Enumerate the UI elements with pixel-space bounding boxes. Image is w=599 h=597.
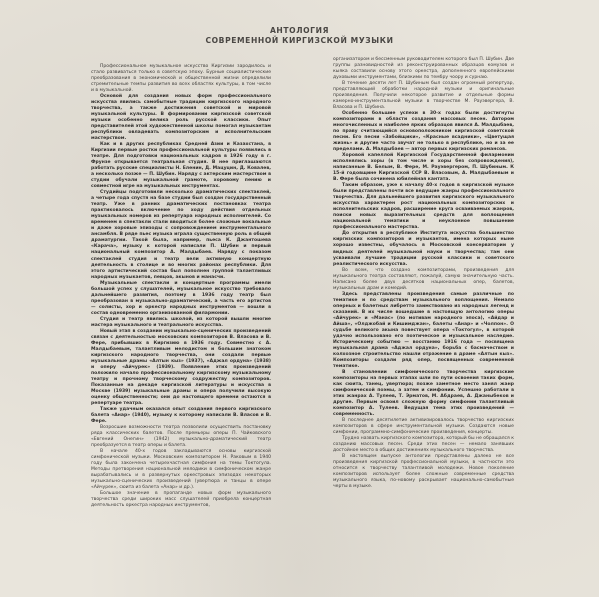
paragraph: Студия и театр явились школой, из которо… bbox=[91, 317, 271, 329]
right-text-column: организатором и бессменным руководителем… bbox=[333, 57, 514, 490]
anthology-subtitle: СОВРЕМЕННОЙ КИРГИЗСКОЙ МУЗЫКИ bbox=[0, 36, 599, 46]
paragraph: До открытия в республике Института искус… bbox=[333, 231, 514, 267]
paragraph: Также удачным оказался опыт создания пер… bbox=[91, 407, 271, 425]
paragraph: организатором и бессменным руководителем… bbox=[333, 57, 514, 81]
paragraph: Во всем, что создано композиторами, прои… bbox=[333, 268, 514, 292]
paragraph: В настоящем выпуске антологии представле… bbox=[333, 454, 514, 490]
paragraph: Таким образом, уже к началу 40-х годов в… bbox=[333, 183, 514, 231]
paragraph: Музыкальные спектакли и концертные прогр… bbox=[91, 281, 271, 317]
paragraph: Профессиональное музыкальное искусство К… bbox=[91, 64, 271, 94]
paragraph: Здесь представлены произведения самые ра… bbox=[333, 292, 514, 370]
paragraph: Хоровой капеллой Киргизской Государствен… bbox=[333, 153, 514, 183]
paragraph: В начале 40-х годов закладываются основы… bbox=[91, 449, 271, 491]
paragraph: Как и в других республиках Средней Азии … bbox=[91, 142, 271, 190]
paragraph: Новый этап в создании музыкально-сцениче… bbox=[91, 329, 271, 407]
paragraph: Основой для создания новых форм професси… bbox=[91, 94, 271, 142]
paragraph: Большое значение в пропаганде новых форм… bbox=[91, 491, 271, 509]
page-header: АНТОЛОГИЯ СОВРЕМЕННОЙ КИРГИЗСКОЙ МУЗЫКИ bbox=[0, 26, 599, 46]
anthology-title: АНТОЛОГИЯ bbox=[0, 26, 599, 36]
paragraph: Особенно большие успехи в 30-х годах был… bbox=[333, 111, 514, 153]
paragraph: В течение десяти лет П. Шубиным был созд… bbox=[333, 81, 514, 111]
paragraph: Студийцы подготовили несколько драматиче… bbox=[91, 190, 271, 280]
paragraph: В последнее десятилетие активизировалось… bbox=[333, 418, 514, 436]
paragraph: В становлении симфонического творчества … bbox=[333, 370, 514, 418]
paragraph: Возросшие возможности театра позволили о… bbox=[91, 425, 271, 449]
left-text-column: Профессиональное музыкальное искусство К… bbox=[91, 64, 271, 509]
paragraph: Трудно назвать киргизского композитора, … bbox=[333, 436, 514, 454]
